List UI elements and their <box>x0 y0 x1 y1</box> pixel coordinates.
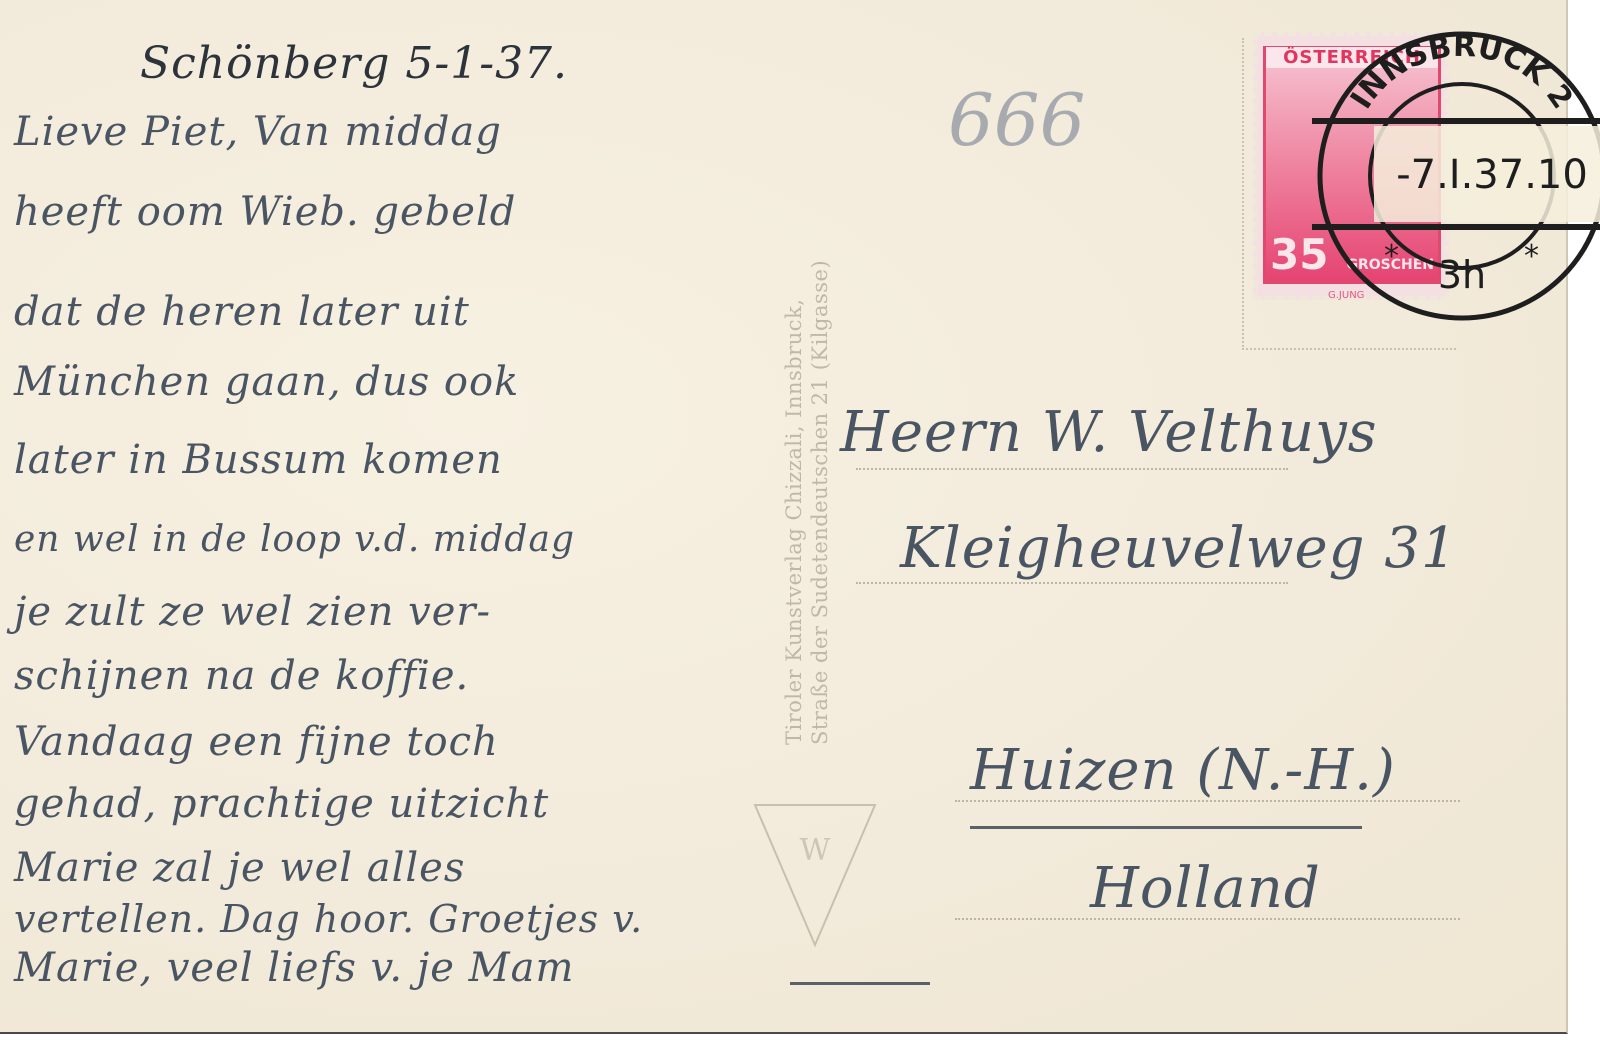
address-dotline-2 <box>856 582 1288 584</box>
postmark-city: INNSBRUCK 2 <box>1344 29 1580 116</box>
message-line: München gaan, dus ook <box>14 362 519 402</box>
publisher-logo-icon: W <box>750 800 880 950</box>
message-line: gehad, prachtige uitzicht <box>14 784 549 824</box>
message-line: dat de heren later uit <box>14 292 470 332</box>
message-line: heeft oom Wieb. gebeld <box>14 192 516 232</box>
address-line-city: Huizen (N.-H.) <box>970 738 1396 803</box>
city-underline <box>970 826 1362 829</box>
postmark-star-left: * <box>1384 239 1399 274</box>
message-line: vertellen. Dag hoor. Groetjes v. <box>14 900 643 938</box>
address-dotline-1 <box>856 468 1288 470</box>
signature-underline <box>790 982 930 985</box>
message-line: Vandaag een fijne toch <box>14 722 499 762</box>
svg-text:W: W <box>800 833 831 868</box>
message-line: Marie zal je wel alles <box>14 848 465 888</box>
message-line: en wel in de loop v.d. middag <box>14 522 575 558</box>
dateline: Schönberg 5-1-37. <box>140 38 568 89</box>
message-line: Lieve Piet, Van middag <box>14 112 502 152</box>
message-line: schijnen na de koffie. <box>14 656 469 696</box>
postmark-date: -7.I.37.10 <box>1396 152 1588 198</box>
svg-text:INNSBRUCK 2: INNSBRUCK 2 <box>1344 29 1580 116</box>
address-line-country: Holland <box>1090 856 1321 921</box>
publisher-imprint-line2: Straße der Sudetendeutschen 21 (Kilgasse… <box>808 260 832 745</box>
address-line-recipient: Heern W. Velthuys <box>840 400 1378 465</box>
message-line: je zult ze wel zien ver- <box>14 592 491 632</box>
publisher-imprint-line1: Tiroler Kunstverlag Chizzali, Innsbruck, <box>782 299 806 745</box>
postcard: Schönberg 5-1-37. Lieve Piet, Van middag… <box>0 0 1568 1034</box>
postmark-time: 3h <box>1438 253 1486 297</box>
message-line: later in Bussum komen <box>14 440 503 480</box>
address-line-street: Kleigheuvelweg 31 <box>900 516 1458 581</box>
postmark-star-right: * <box>1524 239 1539 274</box>
message-line: Marie, veel liefs v. je Mam <box>14 948 574 988</box>
archive-number: 666 <box>948 78 1085 162</box>
postmark-icon: INNSBRUCK 2 -7.I.37.10 3h * * <box>1312 26 1600 326</box>
